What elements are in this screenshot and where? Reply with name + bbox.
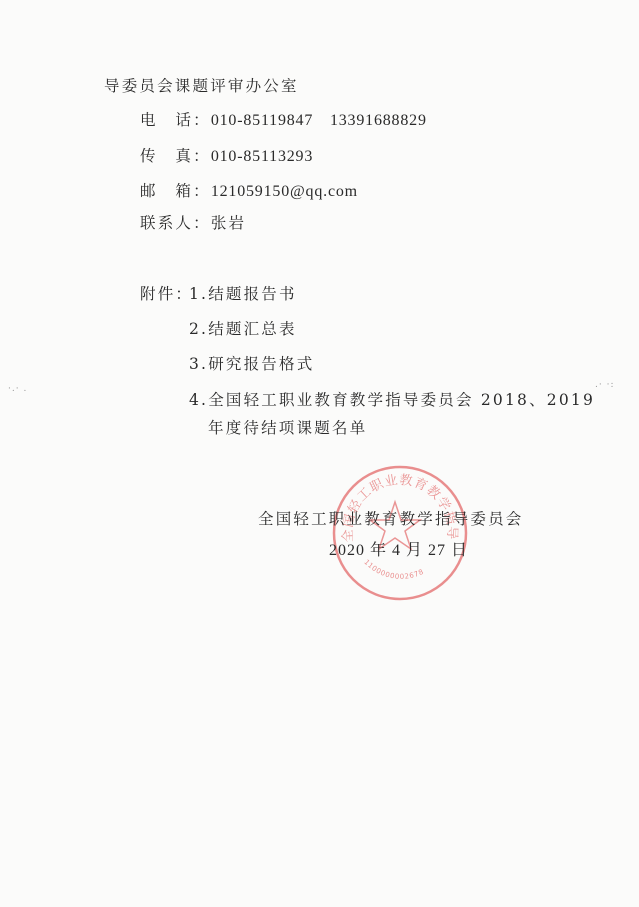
official-seal-stamp: 全国轻工职业教育教学指导委员会 1100000002678	[331, 464, 469, 602]
contact-person: 联系人：张岩	[140, 213, 246, 233]
phone-value: 010-85119847 13391688829	[211, 112, 427, 129]
scan-speck-left: ·.· .	[8, 384, 27, 394]
fax-value: 010-85113293	[211, 148, 313, 165]
phone-label: 电 话：	[140, 110, 211, 130]
person-label: 联系人：	[140, 213, 211, 233]
attachment-item-4-continued: 年度待结项课题名单	[208, 418, 367, 438]
attachment-item-3: 3.研究报告格式	[189, 354, 314, 374]
signature-date: 2020 年 4 月 27 日	[329, 541, 468, 561]
contact-email: 邮 箱：121059150@qq.com	[140, 181, 358, 202]
office-name: 导委员会课题评审办公室	[104, 76, 299, 96]
attachment-item-1: 1.结题报告书	[189, 284, 297, 304]
signature-organization: 全国轻工职业教育教学指导委员会	[258, 509, 524, 529]
scan-speck-right: .· ·:	[595, 380, 614, 390]
email-value: 121059150@qq.com	[211, 183, 358, 200]
attachments-label: 附件：	[140, 284, 193, 304]
stamp-code: 1100000002678	[362, 558, 425, 581]
email-label: 邮 箱：	[140, 181, 211, 201]
contact-fax: 传 真：010-85113293	[140, 146, 313, 167]
document-page: 导委员会课题评审办公室 电 话：010-85119847 13391688829…	[0, 0, 639, 907]
contact-phone: 电 话：010-85119847 13391688829	[140, 110, 427, 131]
attachment-item-4: 4.全国轻工职业教育教学指导委员会 2018、2019	[189, 390, 595, 410]
svg-text:1100000002678: 1100000002678	[362, 558, 425, 581]
person-value: 张岩	[211, 214, 246, 232]
attachment-item-2: 2.结题汇总表	[189, 319, 297, 339]
fax-label: 传 真：	[140, 146, 211, 166]
